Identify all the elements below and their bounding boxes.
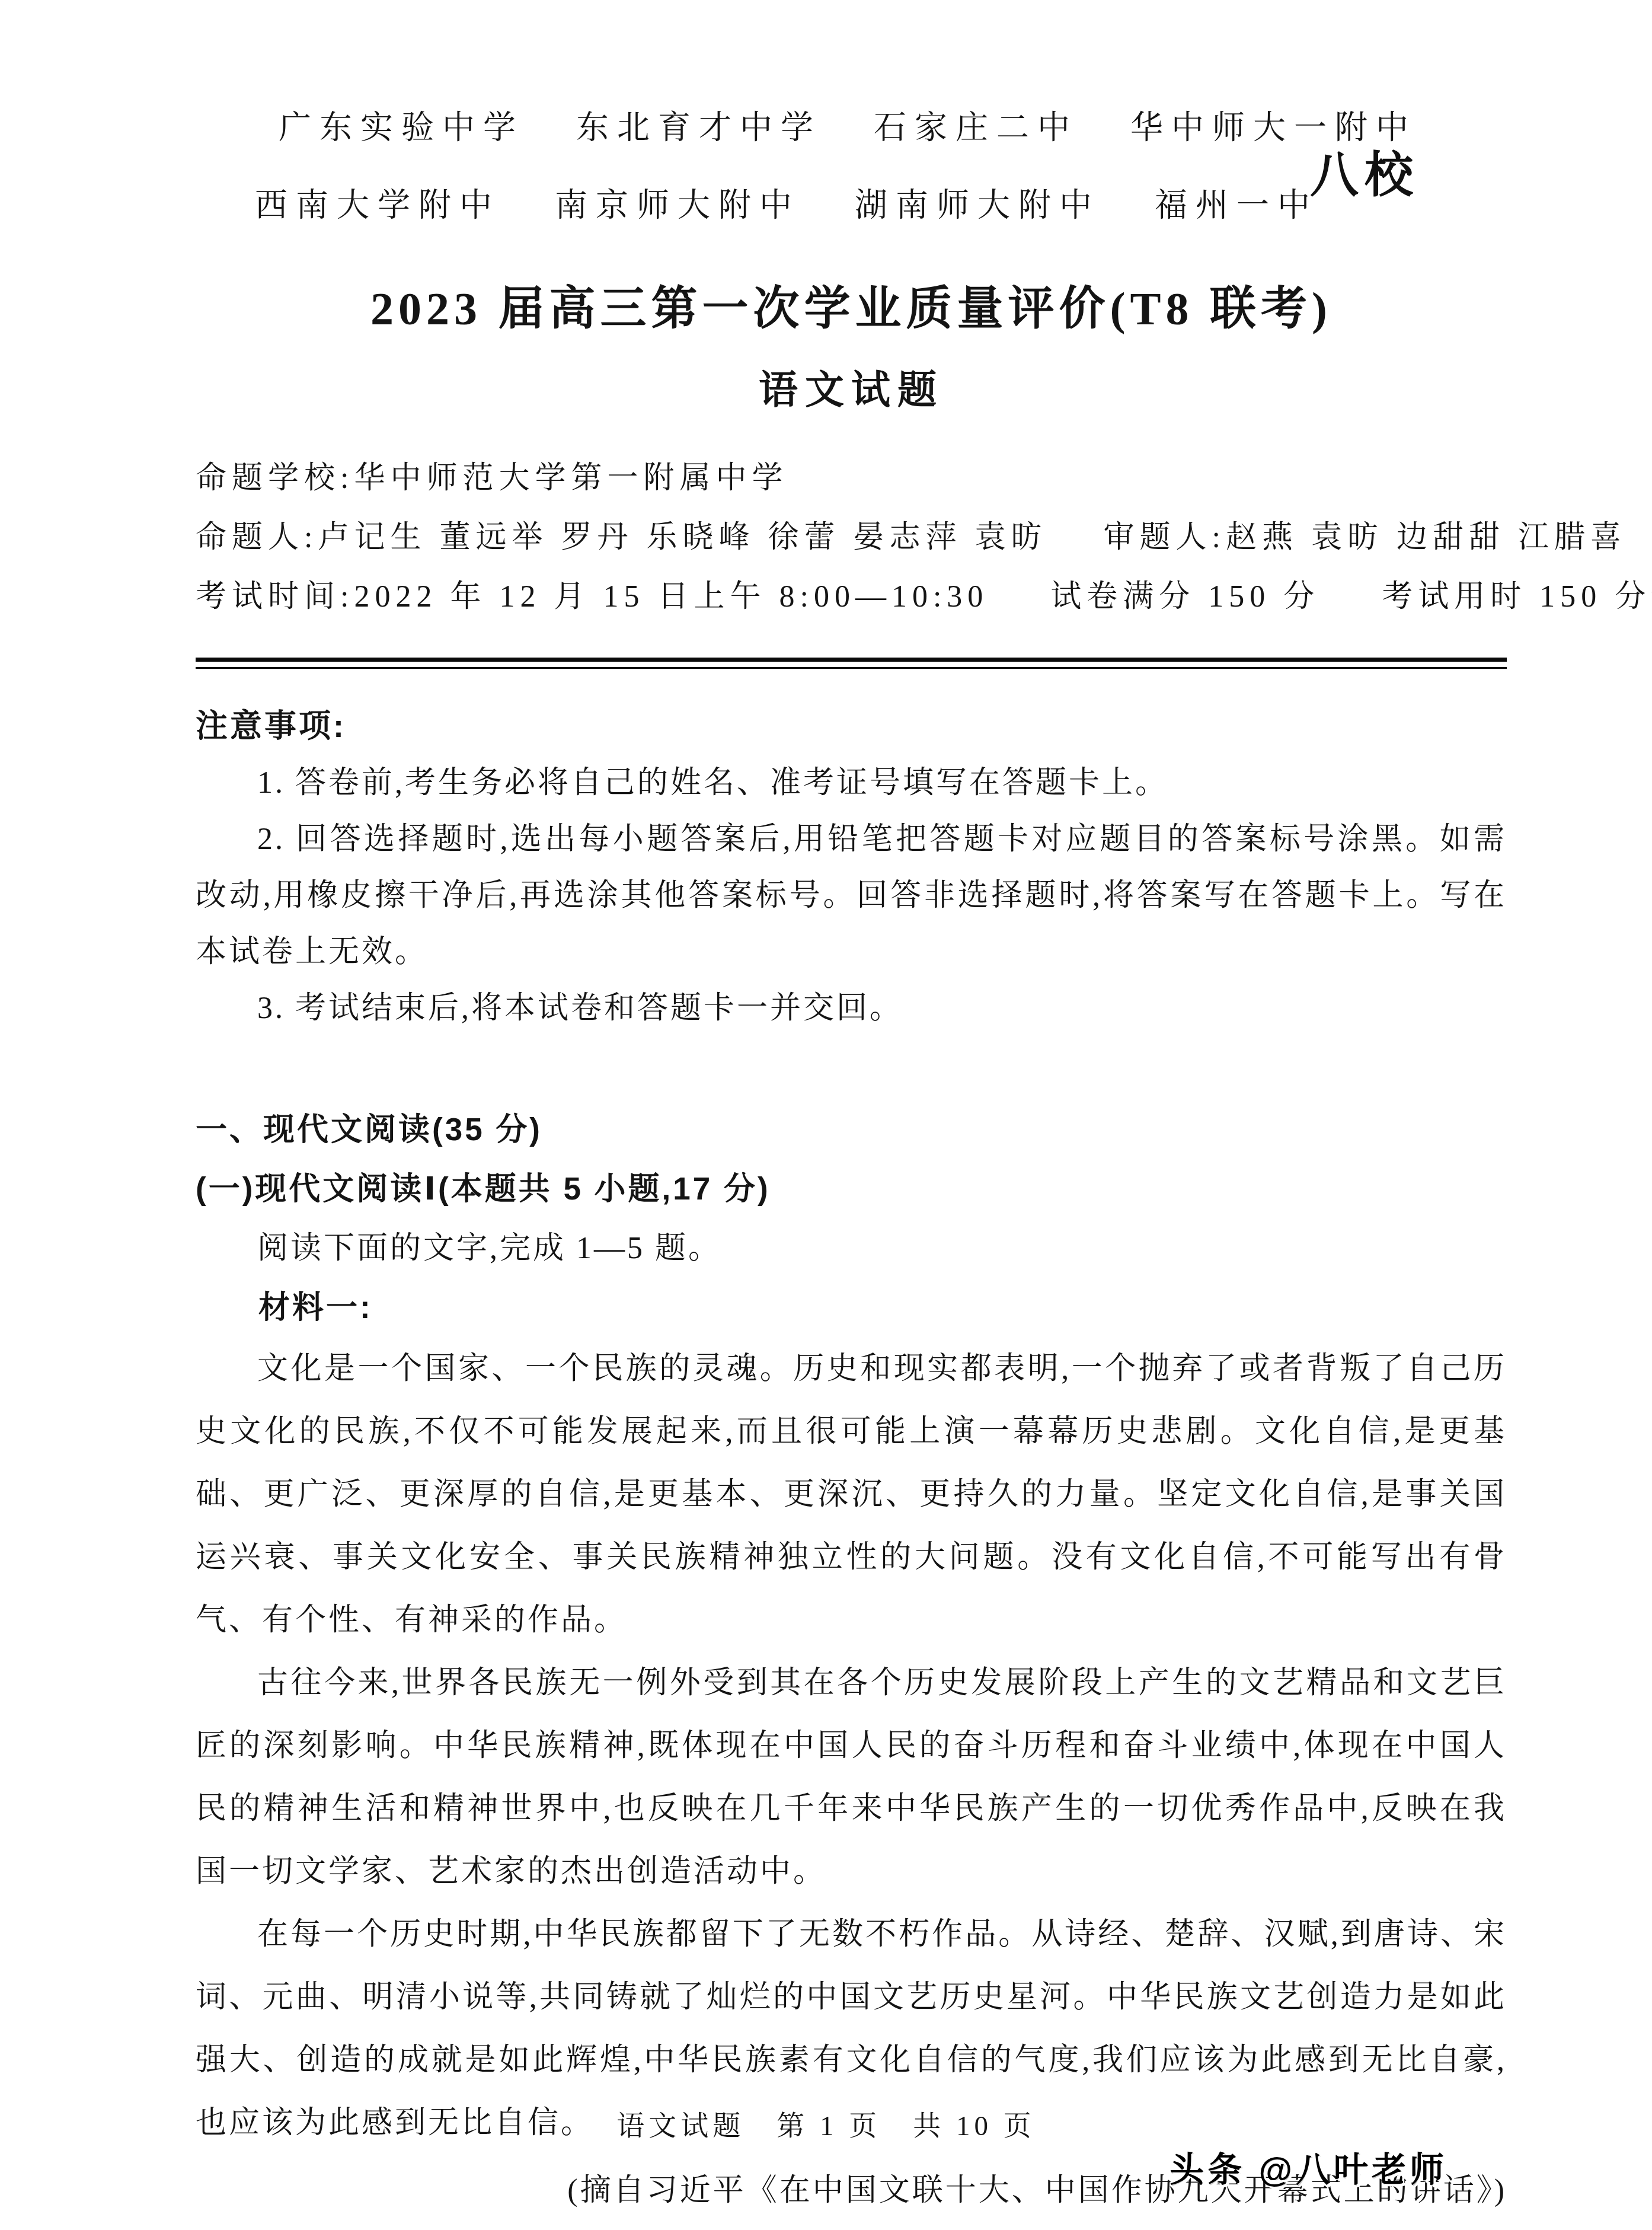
reviewers: 审题人:赵燕 袁昉 边甜甜 江腊喜	[1103, 521, 1626, 554]
exam-title: 2023 届高三第一次学业质量评价(T8 联考)	[196, 272, 1507, 338]
exam-meta: 命题学校:华中师范大学第一附属中学 命题人:卢记生 董远举 罗丹 乐晓峰 徐蕾 …	[196, 449, 1507, 627]
subject-title: 语文试题	[196, 358, 1507, 414]
duration: 考试用时 150 分钟	[1382, 580, 1652, 614]
setters-reviewers-line: 命题人:卢记生 董远举 罗丹 乐晓峰 徐蕾 晏志萍 袁昉审题人:赵燕 袁昉 边甜…	[196, 508, 1507, 567]
watermark: 头条 @八叶老师	[1169, 2142, 1448, 2191]
school-name: 福州一中	[1155, 178, 1318, 225]
full-score: 试卷满分 150 分	[1050, 580, 1319, 614]
school-name: 南京师大附中	[555, 178, 800, 225]
material-one-label: 材料一:	[196, 1278, 1507, 1338]
school-name: 石家庄二中	[874, 101, 1078, 148]
setters: 命题人:卢记生 董远举 罗丹 乐晓峰 徐蕾 晏志萍 袁昉	[196, 521, 1047, 554]
exam-paper-page: 广东实验中学 东北育才中学 石家庄二中 华中师大一附中 西南大学附中 南京师大附…	[0, 0, 1652, 2230]
eight-schools-badge: 八校	[1310, 136, 1419, 206]
notice-heading: 注意事项:	[196, 698, 1507, 755]
material-paragraph: 古往今来,世界各民族无一例外受到其在各个历史发展阶段上产生的文艺精品和文艺巨匠的…	[196, 1652, 1507, 1903]
setter-school-line: 命题学校:华中师范大学第一附属中学	[196, 449, 1507, 508]
schools-header: 广东实验中学 东北育才中学 石家庄二中 华中师大一附中 西南大学附中 南京师大附…	[196, 101, 1507, 225]
exam-time: 考试时间:2022 年 12 月 15 日上午 8:00—10:30	[196, 580, 988, 614]
material-paragraph: 文化是一个国家、一个民族的灵魂。历史和现实都表明,一个抛弃了或者背叛了自己历史文…	[196, 1338, 1507, 1652]
divider-double-rule	[196, 658, 1507, 669]
school-name: 湖南师大附中	[855, 178, 1100, 225]
divider-thick-line	[196, 658, 1507, 662]
reading-section: 一、现代文阅读(35 分) (一)现代文阅读Ⅰ(本题共 5 小题,17 分) 阅…	[196, 1100, 1507, 2222]
notice-item-1: 1. 答卷前,考生务必将自己的姓名、准考证号填写在答题卡上。	[196, 755, 1507, 811]
school-name: 广东实验中学	[279, 101, 524, 148]
section-heading: 一、现代文阅读(35 分)	[196, 1100, 1507, 1160]
notice-item-2: 2. 回答选择题时,选出每小题答案后,用铅笔把答题卡对应题目的答案标号涂黑。如需…	[196, 811, 1507, 980]
school-name: 西南大学附中	[255, 178, 500, 225]
divider-thin-line	[196, 667, 1507, 669]
exam-time-line: 考试时间:2022 年 12 月 15 日上午 8:00—10:30试卷满分 1…	[196, 567, 1507, 627]
notice-block: 注意事项: 1. 答卷前,考生务必将自己的姓名、准考证号填写在答题卡上。 2. …	[196, 698, 1507, 1036]
section-subheading: (一)现代文阅读Ⅰ(本题共 5 小题,17 分)	[196, 1160, 1507, 1219]
school-name: 东北育才中学	[576, 101, 822, 148]
page-footer: 语文试题 第 1 页 共 10 页	[0, 2104, 1652, 2143]
notice-item-3: 3. 考试结束后,将本试卷和答题卡一并交回。	[196, 980, 1507, 1036]
section-instruction: 阅读下面的文字,完成 1—5 题。	[196, 1219, 1507, 1278]
